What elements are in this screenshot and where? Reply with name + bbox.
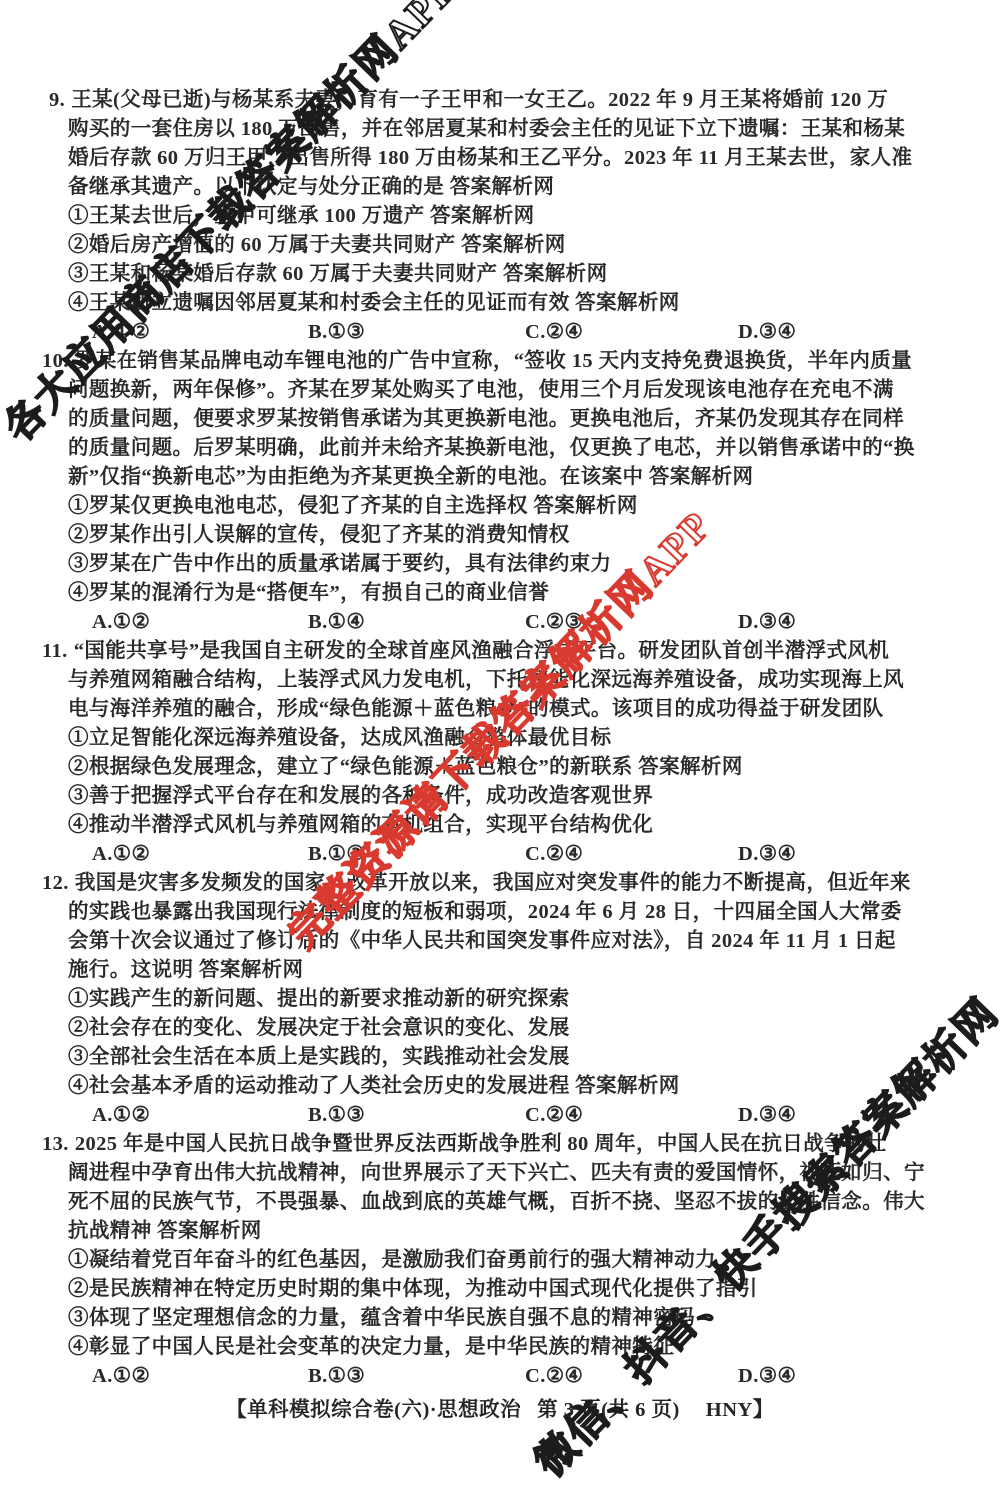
- choice-c: C.②④: [525, 1362, 583, 1391]
- question-line: 的质量问题。后罗某明确，此前并未给齐某换新电池，仅更换了电芯，并以销售承诺中的“…: [42, 434, 972, 463]
- statement-2: ②罗某作出引人误解的宣传，侵犯了齐某的消费知情权: [42, 521, 972, 550]
- question-text: “国能共享号”是我国自主研发的全球首座风渔融合浮式平台。研发团队首创半潜浮式风机: [74, 640, 890, 662]
- choice-b: B.①④: [308, 608, 365, 637]
- question-number: 13.: [42, 1130, 75, 1159]
- question-13: 13.2025 年是中国人民抗日战争暨世界反法西斯战争胜利 80 周年，中国人民…: [42, 1130, 972, 1391]
- question-line: 新”仅指“换新电芯”为由拒绝为齐某更换全新的电池。在该案中 答案解析网: [42, 463, 972, 492]
- choice-d: D.③④: [738, 1362, 796, 1391]
- question-10: 10.罗某在销售某品牌电动车锂电池的广告中宣称，“签收 15 天内支持免费退换货…: [42, 347, 972, 637]
- question-line: 9.王某(父母已逝)与杨某系夫妻，育有一子王甲和一女王乙。2022 年 9 月王…: [42, 86, 972, 115]
- question-list: 9.王某(父母已逝)与杨某系夫妻，育有一子王甲和一女王乙。2022 年 9 月王…: [42, 86, 972, 1391]
- choice-d: D.③④: [738, 608, 796, 637]
- question-number: 9.: [42, 86, 71, 115]
- question-text: 2025 年是中国人民抗日战争暨世界反法西斯战争胜利 80 周年，中国人民在抗日…: [75, 1133, 887, 1155]
- answer-choices: A.①② B.①③ C.②④ D.③④: [42, 318, 972, 347]
- answer-choices: A.①② B.①③ C.②④ D.③④: [42, 1101, 972, 1130]
- question-text: 我国是灾害多发频发的国家，改革开放以来，我国应对突发事件的能力不断提高，但近年来: [75, 872, 911, 894]
- page-footer: 【单科模拟综合卷(六)·思想政治第 3 页(共 6 页)HNY】: [0, 1392, 1000, 1422]
- footer-exam-title: 【单科模拟综合卷(六)·思想政治: [226, 1399, 521, 1421]
- choice-b: B.①③: [308, 1101, 365, 1130]
- question-line: 与养殖网箱融合结构，上装浮式风力发电机，下托智能化深远海养殖设备，成功实现海上风: [42, 666, 972, 695]
- statement-3: ③罗某在广告中作出的质量承诺属于要约，具有法律约束力: [42, 550, 972, 579]
- statement-4: ④王某所立遗嘱因邻居夏某和村委会主任的见证而有效 答案解析网: [42, 289, 972, 318]
- choice-c: C.②④: [525, 318, 583, 347]
- question-line: 会第十次会议通过了修订后的《中华人民共和国突发事件应对法》，自 2024 年 1…: [42, 927, 972, 956]
- question-9: 9.王某(父母已逝)与杨某系夫妻，育有一子王甲和一女王乙。2022 年 9 月王…: [42, 86, 972, 347]
- question-text: 罗某在销售某品牌电动车锂电池的广告中宣称，“签收 15 天内支持免费退换货，半年…: [75, 350, 912, 372]
- question-line: 婚后存款 60 万归王甲，出售所得 180 万由杨某和王乙平分。2023 年 1…: [42, 144, 972, 173]
- choice-a: A.①②: [92, 608, 150, 637]
- choice-c: C.②④: [525, 840, 583, 869]
- choice-d: D.③④: [738, 1101, 796, 1130]
- question-number: 11.: [42, 637, 74, 666]
- question-line: 问题换新，两年保修”。齐某在罗某处购买了电池，使用三个月后发现该电池存在充电不满: [42, 376, 972, 405]
- choice-a: A.①②: [92, 1362, 150, 1391]
- statement-1: ①罗某仅更换电池电芯，侵犯了齐某的自主选择权 答案解析网: [42, 492, 972, 521]
- choice-d: D.③④: [738, 840, 796, 869]
- question-line: 阔进程中孕育出伟大抗战精神，向世界展示了天下兴亡、匹夫有责的爱国情怀，视死如归、…: [42, 1159, 972, 1188]
- choice-a: A.①②: [92, 318, 150, 347]
- question-number: 10.: [42, 347, 75, 376]
- question-line: 的实践也暴露出我国现行法律制度的短板和弱项，2024 年 6 月 28 日，十四…: [42, 898, 972, 927]
- choice-a: A.①②: [92, 1101, 150, 1130]
- statement-1: ①王某去世后，王甲可继承 100 万遗产 答案解析网: [42, 202, 972, 231]
- question-line: 11.“国能共享号”是我国自主研发的全球首座风渔融合浮式平台。研发团队首创半潜浮…: [42, 637, 972, 666]
- statement-4: ④罗某的混淆行为是“搭便车”，有损自己的商业信誉: [42, 579, 972, 608]
- statement-1: ①立足智能化深远海养殖设备，达成风渔融合整体最优目标: [42, 724, 972, 753]
- answer-choices: A.①② B.①③ C.②④ D.③④: [42, 1362, 972, 1391]
- question-line: 13.2025 年是中国人民抗日战争暨世界反法西斯战争胜利 80 周年，中国人民…: [42, 1130, 972, 1159]
- statement-2: ②是民族精神在特定历史时期的集中体现，为推动中国式现代化提供了指引: [42, 1275, 972, 1304]
- statement-4: ④社会基本矛盾的运动推动了人类社会历史的发展进程 答案解析网: [42, 1072, 972, 1101]
- question-line: 的质量问题，便要求罗某按销售承诺为其更换新电池。更换电池后，齐某仍发现其存在同样: [42, 405, 972, 434]
- choice-d: D.③④: [738, 318, 796, 347]
- footer-code: HNY】: [706, 1399, 774, 1421]
- statement-3: ③全部社会生活在本质上是实践的，实践推动社会发展: [42, 1043, 972, 1072]
- question-line: 施行。这说明 答案解析网: [42, 956, 972, 985]
- exam-scan-page: { "page": { "background": "#ffffff", "te…: [0, 0, 1000, 1503]
- question-11: 11.“国能共享号”是我国自主研发的全球首座风渔融合浮式平台。研发团队首创半潜浮…: [42, 637, 972, 869]
- choice-c: C.②④: [525, 1101, 583, 1130]
- question-text: 王某(父母已逝)与杨某系夫妻，育有一子王甲和一女王乙。2022 年 9 月王某将…: [71, 89, 888, 111]
- question-line: 10.罗某在销售某品牌电动车锂电池的广告中宣称，“签收 15 天内支持免费退换货…: [42, 347, 972, 376]
- question-line: 购买的一套住房以 180 万出售，并在邻居夏某和村委会主任的见证下立下遗嘱：王某…: [42, 115, 972, 144]
- statement-4: ④推动半潜浮式风机与养殖网箱的有机组合，实现平台结构优化: [42, 811, 972, 840]
- question-number: 12.: [42, 869, 75, 898]
- choice-b: B.①③: [308, 1362, 365, 1391]
- answer-choices: A.①② B.①③ C.②④ D.③④: [42, 840, 972, 869]
- question-line: 死不屈的民族气节，不畏强暴、血战到底的英雄气概，百折不挠、坚忍不拔的必胜信念。伟…: [42, 1188, 972, 1217]
- statement-2: ②根据绿色发展理念，建立了“绿色能源＋蓝色粮仓”的新联系 答案解析网: [42, 753, 972, 782]
- question-line: 抗战精神 答案解析网: [42, 1217, 972, 1246]
- footer-page-number: 第 3 页(共 6 页): [537, 1399, 680, 1421]
- question-line: 备继承其遗产。以下认定与处分正确的是 答案解析网: [42, 173, 972, 202]
- question-line: 12.我国是灾害多发频发的国家，改革开放以来，我国应对突发事件的能力不断提高，但…: [42, 869, 972, 898]
- question-12: 12.我国是灾害多发频发的国家，改革开放以来，我国应对突发事件的能力不断提高，但…: [42, 869, 972, 1130]
- statement-4: ④彰显了中国人民是社会变革的决定力量，是中华民族的精神特征: [42, 1333, 972, 1362]
- choice-c: C.②③: [525, 608, 583, 637]
- statement-3: ③王某和杨某婚后存款 60 万属于夫妻共同财产 答案解析网: [42, 260, 972, 289]
- choice-a: A.①②: [92, 840, 150, 869]
- statement-3: ③善于把握浮式平台存在和发展的各种条件，成功改造客观世界: [42, 782, 972, 811]
- answer-choices: A.①② B.①④ C.②③ D.③④: [42, 608, 972, 637]
- statement-2: ②婚后房产增值的 60 万属于夫妻共同财产 答案解析网: [42, 231, 972, 260]
- statement-1: ①凝结着党百年奋斗的红色基因，是激励我们奋勇前行的强大精神动力: [42, 1246, 972, 1275]
- statement-3: ③体现了坚定理想信念的力量，蕴含着中华民族自强不息的精神密码: [42, 1304, 972, 1333]
- choice-b: B.①③: [308, 318, 365, 347]
- statement-1: ①实践产生的新问题、提出的新要求推动新的研究探索: [42, 985, 972, 1014]
- question-line: 电与海洋养殖的融合，形成“绿色能源＋蓝色粮仓”的模式。该项目的成功得益于研发团队: [42, 695, 972, 724]
- statement-2: ②社会存在的变化、发展决定于社会意识的变化、发展: [42, 1014, 972, 1043]
- choice-b: B.①③: [308, 840, 365, 869]
